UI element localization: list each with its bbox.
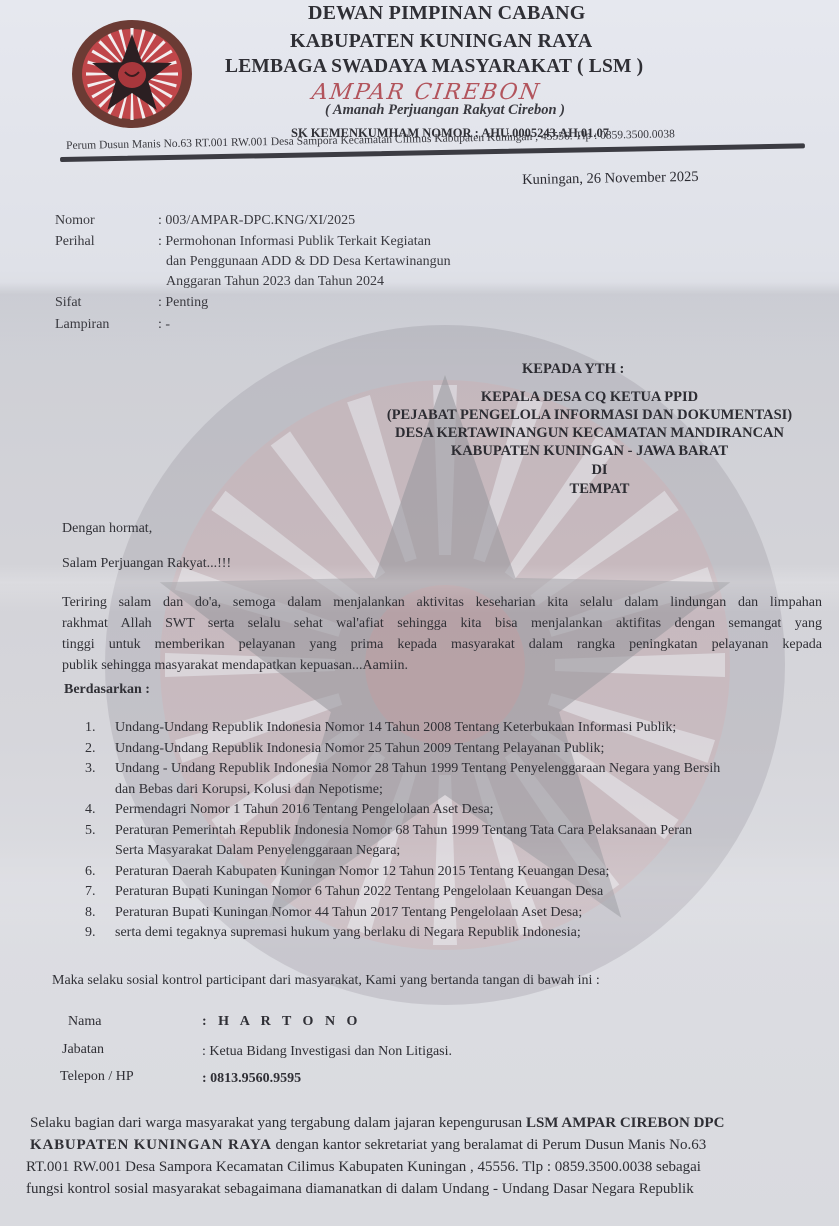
legal-basis-list: 1.Undang-Undang Republik Indonesia Nomor… bbox=[85, 718, 825, 944]
closing-line-4: fungsi kontrol sosial masyarakat sebagai… bbox=[26, 1178, 839, 1200]
opening-line-2: rakhmat Allah SWT serta selalu sehat wal… bbox=[62, 613, 822, 634]
letterhead-line-2: KABUPATEN KUNINGAN RAYA bbox=[290, 30, 592, 53]
closing-line-2-text: dengan kantor sekretariat yang beralamat… bbox=[272, 1137, 706, 1153]
recipient-line-2: (PEJABAT PENGELOLA INFORMASI DAN DOKUMEN… bbox=[340, 407, 839, 424]
closing-line-3: RT.001 RW.001 Desa Sampora Kecamatan Cil… bbox=[26, 1156, 839, 1178]
legal-basis-item: 6.Peraturan Daerah Kabupaten Kuningan No… bbox=[85, 862, 825, 883]
recipient-line-4: KABUPATEN KUNINGAN - JAWA BARAT bbox=[340, 443, 839, 460]
legal-basis-item: 3.Undang - Undang Republik Indonesia Nom… bbox=[85, 759, 825, 800]
closing-line-1: Selaku bagian dari warga masyarakat yang… bbox=[30, 1112, 839, 1134]
recipient-line-3: DESA KERTAWINANGUN KECAMATAN MANDIRANCAN bbox=[340, 425, 839, 442]
letterhead-line-1: DEWAN PIMPINAN CABANG bbox=[308, 2, 586, 25]
legal-basis-item: 9.serta demi tegaknya supremasi hukum ya… bbox=[85, 923, 825, 944]
signatory-name-label: Nama bbox=[68, 1014, 101, 1030]
closing-line-1-text: Selaku bagian dari warga masyarakat yang… bbox=[30, 1115, 526, 1131]
signatory-intro: Maka selaku sosial kontrol participant d… bbox=[52, 973, 600, 989]
legal-basis-text: Undang - Undang Republik Indonesia Nomor… bbox=[115, 761, 720, 776]
salam: Salam Perjuangan Rakyat...!!! bbox=[62, 556, 231, 572]
signatory-phone: : 0813.9560.9595 bbox=[202, 1071, 301, 1087]
legal-basis-text: Peraturan Daerah Kabupaten Kuningan Nomo… bbox=[115, 864, 609, 879]
opening-line-1: Teriring salam dan do'a, semoga dalam me… bbox=[62, 592, 822, 613]
meta-label-sifat: Sifat bbox=[55, 295, 81, 311]
meta-label-perihal: Perihal bbox=[55, 234, 95, 250]
star-wheel-logo-icon bbox=[70, 18, 195, 130]
opening-paragraph: Teriring salam dan do'a, semoga dalam me… bbox=[62, 592, 822, 676]
opening-line-3: tinggi untuk memberikan pelayanan yang p… bbox=[62, 634, 822, 655]
legal-basis-number: 4. bbox=[85, 800, 96, 821]
legal-basis-text: Permendagri Nomor 1 Tahun 2016 Tentang P… bbox=[115, 802, 494, 817]
meta-value-perihal: : Permohonan Informasi Publik Terkait Ke… bbox=[158, 234, 431, 250]
legal-basis-number: 3. bbox=[85, 759, 96, 780]
legal-basis-item: 8.Peraturan Bupati Kuningan Nomor 44 Tah… bbox=[85, 903, 825, 924]
meta-label-nomor: Nomor bbox=[55, 213, 95, 229]
legal-basis-text-cont: dan Bebas dari Korupsi, Kolusi dan Nepot… bbox=[115, 780, 825, 801]
legal-basis-text: Peraturan Pemerintah Republik Indonesia … bbox=[115, 823, 692, 838]
legal-basis-number: 5. bbox=[85, 821, 96, 842]
letterhead-line-3: LEMBAGA SWADAYA MASYARAKAT ( LSM ) bbox=[225, 56, 643, 78]
legal-basis-number: 1. bbox=[85, 718, 96, 739]
signatory-position: : Ketua Bidang Investigasi dan Non Litig… bbox=[202, 1044, 452, 1060]
signatory-phone-label: Telepon / HP bbox=[60, 1069, 134, 1085]
legal-basis-number: 6. bbox=[85, 862, 96, 883]
legal-basis-item: 7.Peraturan Bupati Kuningan Nomor 6 Tahu… bbox=[85, 882, 825, 903]
legal-basis-number: 2. bbox=[85, 739, 96, 760]
legal-basis-item: 4.Permendagri Nomor 1 Tahun 2016 Tentang… bbox=[85, 800, 825, 821]
legal-basis-number: 9. bbox=[85, 923, 96, 944]
meta-value-lampiran: : - bbox=[158, 317, 170, 333]
brand-tagline: ( Amanah Perjuangan Rakyat Cirebon ) bbox=[325, 102, 565, 119]
closing-paragraph: Selaku bagian dari warga masyarakat yang… bbox=[30, 1112, 839, 1200]
meta-value-perihal-cont-1: dan Penggunaan ADD & DD Desa Kertawinang… bbox=[166, 254, 451, 270]
recipient-line-5: DI bbox=[350, 462, 839, 479]
closing-line-2: KABUPATEN KUNINGAN RAYA dengan kantor se… bbox=[30, 1134, 839, 1156]
legal-basis-text: serta demi tegaknya supremasi hukum yang… bbox=[115, 925, 581, 940]
legal-basis-item: 2.Undang-Undang Republik Indonesia Nomor… bbox=[85, 739, 825, 760]
legal-basis-text: Peraturan Bupati Kuningan Nomor 6 Tahun … bbox=[115, 884, 603, 899]
greeting: Dengan hormat, bbox=[62, 521, 152, 537]
legal-basis-number: 7. bbox=[85, 882, 96, 903]
letter-date: Kuningan, 26 November 2025 bbox=[522, 169, 699, 189]
signatory-name: : H A R T O N O bbox=[202, 1014, 361, 1030]
signatory-position-label: Jabatan bbox=[62, 1042, 104, 1058]
legal-basis-text: Undang-Undang Republik Indonesia Nomor 1… bbox=[115, 720, 676, 735]
recipient-title: KEPADA YTH : bbox=[522, 361, 624, 378]
meta-value-perihal-cont-2: Anggaran Tahun 2023 dan Tahun 2024 bbox=[166, 274, 384, 290]
legal-basis-text-cont: Serta Masyarakat Dalam Penyelenggaraan N… bbox=[115, 841, 825, 862]
legal-basis-item: 5.Peraturan Pemerintah Republik Indonesi… bbox=[85, 821, 825, 862]
legal-basis-text: Undang-Undang Republik Indonesia Nomor 2… bbox=[115, 741, 604, 756]
basis-heading: Berdasarkan : bbox=[64, 682, 150, 698]
meta-label-lampiran: Lampiran bbox=[55, 317, 109, 333]
recipient-line-6: TEMPAT bbox=[350, 481, 839, 498]
opening-line-4: publik sehingga masyarakat mendapatkan k… bbox=[62, 655, 822, 676]
meta-value-sifat: : Penting bbox=[158, 295, 208, 311]
closing-org-name: LSM AMPAR CIREBON DPC bbox=[526, 1115, 724, 1131]
meta-value-nomor: : 003/AMPAR-DPC.KNG/XI/2025 bbox=[158, 213, 355, 229]
legal-basis-text: Peraturan Bupati Kuningan Nomor 44 Tahun… bbox=[115, 905, 582, 920]
recipient-line-1: KEPALA DESA CQ KETUA PPID bbox=[340, 389, 839, 406]
legal-basis-number: 8. bbox=[85, 903, 96, 924]
closing-org-region: KABUPATEN KUNINGAN RAYA bbox=[30, 1137, 272, 1153]
legal-basis-item: 1.Undang-Undang Republik Indonesia Nomor… bbox=[85, 718, 825, 739]
